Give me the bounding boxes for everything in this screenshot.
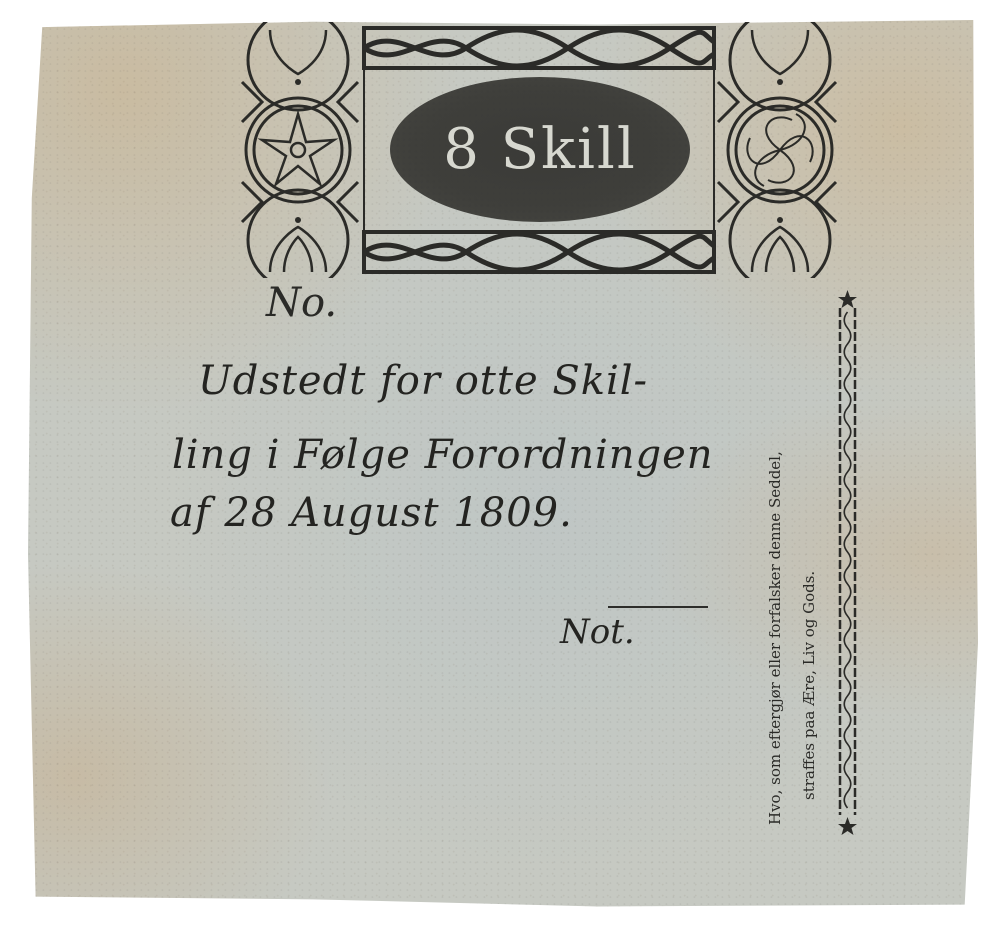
warning-text-block: Hvo, som eftergjør eller forfalsker denn… — [740, 300, 850, 830]
warning-line-1: Hvo, som eftergjør eller forfalsker denn… — [766, 451, 784, 825]
denomination-oval: 8 Skill — [390, 77, 690, 222]
signature-line — [608, 606, 708, 608]
body-line-3: af 28 August 1809. — [170, 490, 573, 536]
body-line-2: ling i Følge Forordningen — [172, 432, 714, 478]
signature-label: Not. — [560, 612, 635, 652]
denomination-label: 8 Skill — [443, 117, 636, 182]
chain-border-icon — [835, 290, 859, 835]
body-line-1: Udstedt for otte Skil- — [198, 358, 648, 404]
serial-number-label: No. — [266, 280, 337, 326]
engraved-frame: 8 Skill — [240, 22, 838, 278]
vertical-ornament-border — [835, 290, 859, 835]
warning-line-2: straffes paa Ære, Liv og Gods. — [800, 571, 818, 800]
